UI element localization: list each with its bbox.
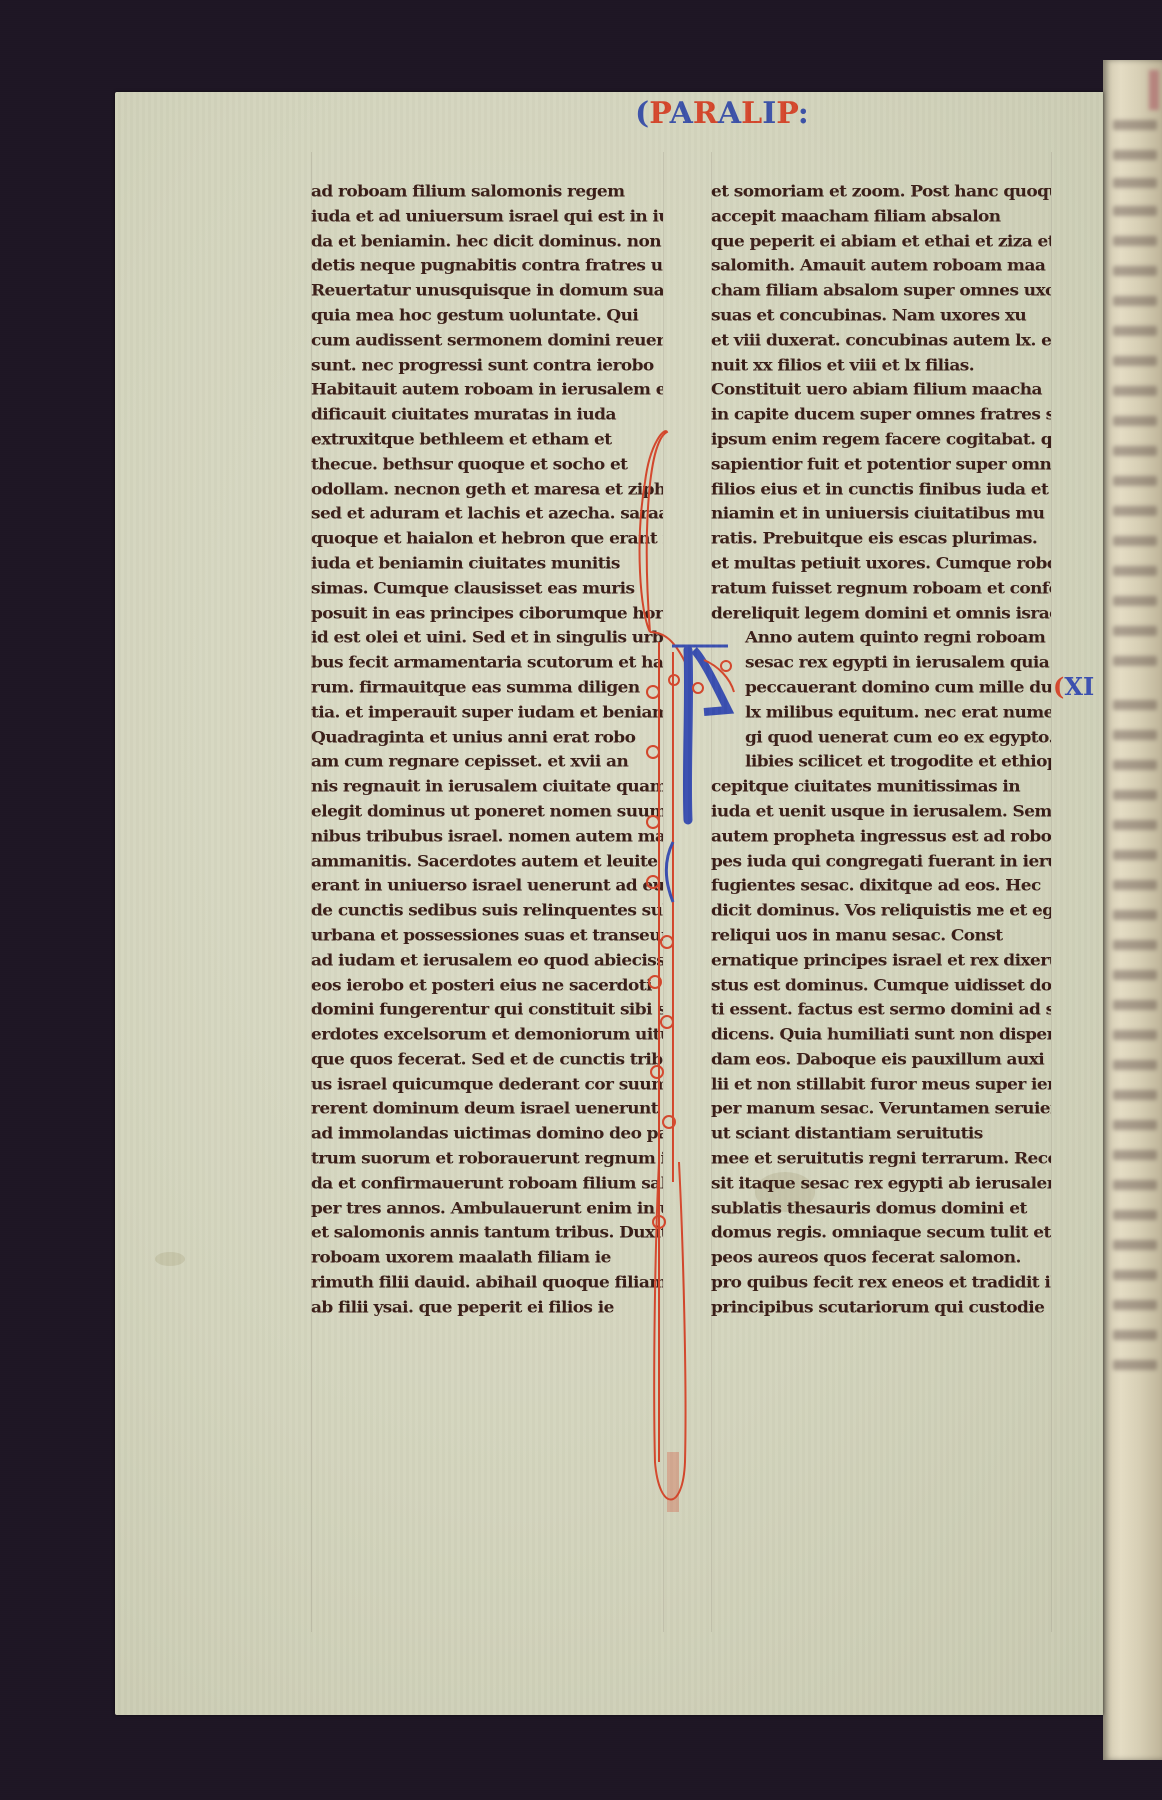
text-line: pro quibus fecit rex eneos et tradidit i… [711,1272,1051,1295]
facing-leaf-text [1113,566,1157,576]
text-line: nuit xx filios et viii et lx filias. [711,355,1051,378]
text-line: ad immolandas uictimas domino deo pa [311,1123,663,1146]
facing-leaf-text [1113,596,1157,606]
facing-leaf-text [1113,1210,1157,1220]
text-line: us israel quicumque dederant cor suum ut… [311,1074,663,1097]
text-line: lii et non stillabit furor meus super ie… [711,1074,1051,1097]
text-line: dicit dominus. Vos reliquistis me et ego [711,900,1051,923]
text-line: tia. et imperauit super iudam et beniami… [311,702,663,725]
text-line: bus fecit armamentaria scutorum et hasta [311,652,663,675]
text-line: nis regnauit in ierusalem ciuitate quam [311,776,663,799]
text-line: cum audissent sermonem domini reuersi [311,330,663,353]
text-line: ratis. Prebuitque eis escas plurimas. [711,528,1051,551]
text-line: ad roboam filium salomonis regem [311,181,663,204]
text-line: sesac rex egypti in ierusalem quia [711,652,1051,675]
header-char: L [741,96,762,131]
parchment-stain [155,1252,185,1266]
facing-leaf-text [1113,1360,1157,1370]
text-line: domini fungerentur qui constituit sibi s… [311,999,663,1022]
text-line: sublatis thesauris domus domini et [711,1198,1051,1221]
text-line: Quadraginta et unius anni erat robo [311,727,663,750]
text-line: stus est dominus. Cumque uidisset dominu… [711,974,1051,997]
manuscript-page: (PARALIP: ad roboam filium salomonis reg… [115,92,1103,1715]
facing-leaf-text [1113,446,1157,456]
running-header: (PARALIP: [635,96,809,146]
ruling-line [663,152,664,1632]
text-line: cepitque ciuitates munitissimas in [711,776,1051,799]
header-char: R [693,96,718,131]
ruling-line [311,152,312,1632]
header-char: P [776,96,798,131]
text-line: iuda et uenit usque in ierusalem. Semeia… [711,801,1051,824]
text-line: id est olei et uini. Sed et in singulis … [311,627,663,650]
text-line: Anno autem quinto regni roboam ascendit [711,627,1051,650]
chapter-bracket: ( [1053,672,1064,701]
facing-leaf-text [1113,850,1157,860]
facing-leaf-text [1113,178,1157,188]
text-line: extruxitque bethleem et etham et [311,429,663,452]
facing-leaf-text [1113,760,1157,770]
facing-leaf-text [1113,1300,1157,1310]
text-line: dicens. Quia humiliati sunt non disper [711,1024,1051,1047]
text-line: ut sciant distantiam seruitutis [711,1123,1051,1146]
text-line: da et confirmauerunt roboam filium salom… [311,1173,663,1196]
left-text-column: ad roboam filium salomonis regemiuda et … [311,180,663,1321]
text-line: sed et aduram et lachis et azecha. saraa [311,503,663,526]
text-line: simas. Cumque clausisset eas muris [311,578,663,601]
facing-leaf-text [1113,910,1157,920]
ruling-line [711,152,712,1632]
text-line: dam eos. Daboque eis pauxillum auxi [711,1049,1051,1072]
text-line: thecue. bethsur quoque et socho et [311,454,663,477]
text-line: salomith. Amauit autem roboam maa [711,255,1051,278]
text-line: principibus scutariorum qui custodie [711,1297,1051,1320]
text-line: suas et concubinas. Nam uxores xu [711,305,1051,328]
text-line: erant in uniuerso israel uenerunt ad eum [311,875,663,898]
facing-leaf-text [1113,416,1157,426]
text-line: quia mea hoc gestum uoluntate. Qui [311,305,663,328]
facing-leaf-text [1113,1030,1157,1040]
facing-leaf-text [1113,790,1157,800]
facing-leaf-text [1113,1180,1157,1190]
text-line: erdotes excelsorum et demoniorum uitulor… [311,1024,663,1047]
facing-leaf-text [1113,1060,1157,1070]
facing-leaf-text [1113,1240,1157,1250]
facing-leaf-text [1113,1000,1157,1010]
text-line: sapientior fuit et potentior super omnes [711,454,1051,477]
text-line: dificauit ciuitates muratas in iuda [311,404,663,427]
facing-leaf-text [1113,700,1157,710]
text-line: iuda et beniamin ciuitates munitis [311,553,663,576]
text-line: ernatique principes israel et rex dixeru… [711,950,1051,973]
text-line: rum. firmauitque eas summa diligen [311,677,663,700]
text-line: autem propheta ingressus est ad roboam e… [711,826,1051,849]
text-line: libies scilicet et trogodite et ethiopes… [711,751,1051,774]
text-line: cham filiam absalom super omnes uxores [711,280,1051,303]
text-line: rerent dominum deum israel uenerunt in i… [311,1098,663,1121]
text-line: odollam. necnon geth et maresa et ziph [311,479,663,502]
initial-penwork-flourish [555,422,715,1522]
text-line: ad iudam et ierusalem eo quod abiecisset [311,950,663,973]
text-line: mee et seruitutis regni terrarum. Rece [711,1148,1051,1171]
text-line: trum suorum et roborauerunt regnum iu [311,1148,663,1171]
facing-leaf-text [1113,656,1157,666]
text-line: sunt. nec progressi sunt contra ierobo [311,355,663,378]
facing-leaf-text [1113,356,1157,366]
facing-leaf-text [1113,880,1157,890]
text-line: reliqui uos in manu sesac. Const [711,925,1051,948]
text-line: et viii duxerat. concubinas autem lx. et… [711,330,1051,353]
text-line: da et beniamin. hec dicit dominus. non a… [311,231,663,254]
header-char: P [649,96,669,131]
text-line: de cunctis sedibus suis relinquentes sub [311,900,663,923]
text-line: sit itaque sesac rex egypti ab ierusalem [711,1173,1051,1196]
facing-leaf-text [1113,1120,1157,1130]
text-line: per tres annos. Ambulauerunt enim in uii… [311,1198,663,1221]
facing-leaf-text [1113,506,1157,516]
facing-leaf-text [1113,266,1157,276]
facing-leaf-text [1113,296,1157,306]
decorated-initial [668,640,728,830]
header-char: ( [635,96,649,131]
text-line: am cum regnare cepisset. et xvii an [311,751,663,774]
text-line: et salomonis annis tantum tribus. Duxit … [311,1222,663,1245]
initial-a-glyph-icon [658,620,758,830]
facing-leaf-rubric [1149,70,1159,110]
text-line: peos aureos quos fecerat salomon. [711,1247,1051,1270]
facing-leaf-text [1113,326,1157,336]
facing-leaf-text [1113,970,1157,980]
facing-leaf-text [1113,626,1157,636]
text-line: filios eius et in cunctis finibus iuda e… [711,479,1051,502]
text-line: Constituit uero abiam filium maacha [711,379,1051,402]
facing-leaf-text [1113,940,1157,950]
facing-leaf-text [1113,386,1157,396]
facing-leaf-edge [1103,60,1162,1760]
parchment-stain [755,1172,815,1212]
facing-leaf-text [1113,150,1157,160]
text-line: que quos fecerat. Sed et de cunctis trib… [311,1049,663,1072]
text-line: iuda et ad uniuersum israel qui est in i… [311,206,663,229]
facing-leaf-text [1113,820,1157,830]
header-char: I [762,96,776,131]
facing-leaf-text [1113,120,1157,130]
text-line: roboam uxorem maalath filiam ie [311,1247,663,1270]
header-char: A [670,96,693,131]
text-line: ratum fuisset regnum roboam et confortat… [711,578,1051,601]
text-line: fugientes sesac. dixitque ad eos. Hec [711,875,1051,898]
text-line: detis neque pugnabitis contra fratres ue… [311,255,663,278]
text-line: niamin et in uniuersis ciuitatibus mu [711,503,1051,526]
text-line: domus regis. omniaque secum tulit et cly [711,1222,1051,1245]
text-line: ammanitis. Sacerdotes autem et leuite qu… [311,851,663,874]
facing-leaf-text [1113,1330,1157,1340]
text-line: per manum sesac. Veruntamen seruient ei [711,1098,1051,1121]
text-line: lx milibus equitum. nec erat numerus uul [711,702,1051,725]
text-line: ipsum enim regem facere cogitabat. quia [711,429,1051,452]
text-line: dereliquit legem domini et omnis israel … [711,603,1051,626]
text-line: pes iuda qui congregati fuerant in ierus… [711,851,1051,874]
text-line: peccauerant domino cum mille ducentis [711,677,1051,700]
text-line: et multas petiuit uxores. Cumque robo [711,553,1051,576]
ruling-line [1051,152,1052,1632]
header-char: A [718,96,741,131]
header-char: : [798,96,809,131]
text-line: et somoriam et zoom. Post hanc quoque [711,181,1051,204]
text-line: posuit in eas principes ciborumque horre… [311,603,663,626]
facing-leaf-text [1113,476,1157,486]
facing-leaf-text [1113,1090,1157,1100]
right-text-column: et somoriam et zoom. Post hanc quoqueacc… [711,180,1051,1321]
text-line: gi quod uenerat cum eo ex egypto. [711,727,1051,750]
facing-leaf-text [1113,206,1157,216]
text-line: Habitauit autem roboam in ierusalem et e [311,379,663,402]
text-line: urbana et possessiones suas et transeunt… [311,925,663,948]
text-line: eos ierobo et posteri eius ne sacerdoti [311,974,663,997]
text-line: que peperit ei abiam et ethai et ziza et [711,231,1051,254]
chapter-number: XI [1064,672,1094,701]
text-line: ab filii ysai. que peperit ei filios ie [311,1297,663,1320]
chapter-marker: (XI [1053,672,1094,701]
text-line: accepit maacham filiam absalon [711,206,1051,229]
facing-leaf-text [1113,1150,1157,1160]
text-line: nibus tribubus israel. nomen autem matri… [311,826,663,849]
text-line: in capite ducem super omnes fratres suos [711,404,1051,427]
facing-leaf-text [1113,236,1157,246]
facing-leaf-text [1113,1270,1157,1280]
text-line: elegit dominus ut poneret nomen suum ibi… [311,801,663,824]
text-line: quoque et haialon et hebron que erant in [311,528,663,551]
text-line: ti essent. factus est sermo domini ad se… [711,999,1051,1022]
facing-leaf-text [1113,536,1157,546]
facing-leaf-text [1113,730,1157,740]
text-line: Reuertatur unusquisque in domum suam [311,280,663,303]
text-line: rimuth filii dauid. abihail quoque filia… [311,1272,663,1295]
